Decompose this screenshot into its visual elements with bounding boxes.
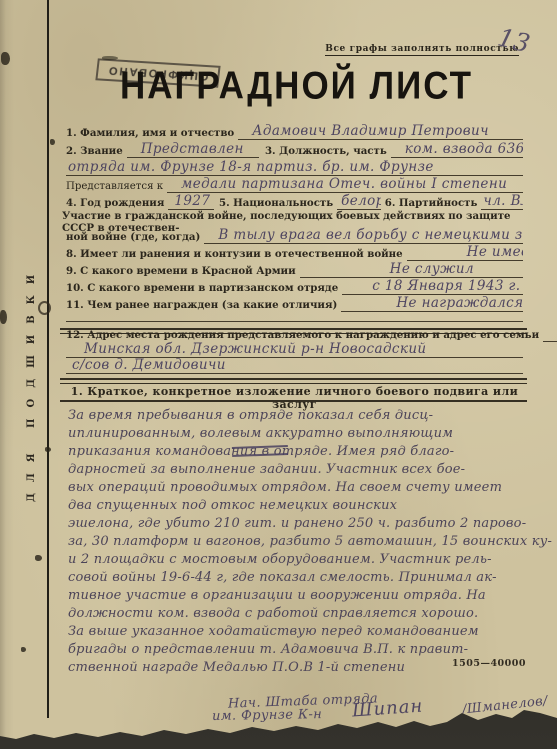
field-rank-value: Представлен [141, 141, 244, 157]
ink-strikethrough [232, 445, 288, 457]
section-double-rule [60, 378, 527, 384]
signature-title-line2: им. Фрунзе К-н [212, 707, 322, 724]
body-line: за, 30 платформ и вагонов, разбито 5 авт… [68, 534, 552, 548]
field-rank-position-row: 2. Звание Представлен 3. Должность, част… [66, 138, 523, 158]
field-prior-awards-line: Не награждался [341, 292, 523, 312]
edge-shadow-mark [0, 310, 7, 324]
body-line: иплинированным, волевым аккуратно выполн… [68, 426, 453, 440]
body-line: эшелона, где убито 210 гит. и ранено 250… [68, 516, 526, 530]
field-nationality-label: 5. Национальность [214, 197, 337, 210]
binding-rule-line [47, 0, 49, 718]
field-prior-awards-row: 11. Чем ранее награжден (за какие отличи… [66, 292, 523, 312]
document-title: НАГРАДНОЙ ЛИСТ [120, 64, 460, 109]
stamp-smudge [102, 56, 118, 60]
body-line: бригады о представлении т. Адамовича В.П… [68, 642, 468, 656]
field-position-line: ком. взвода 636 отд. [391, 138, 523, 158]
field-position-value: ком. взвода 636 отд. [405, 141, 523, 157]
signature-autograph: Шипан [351, 696, 424, 722]
field-birthyear-label: 4. Год рождения [66, 197, 168, 210]
field-address-line [543, 341, 557, 342]
margin-vertical-caption: ДЛЯ ПОДШИВКИ [26, 252, 37, 502]
scanned-award-sheet-page: ДЛЯ ПОДШИВКИ Все графы заполнять полност… [0, 0, 557, 749]
field-nationality-line: белорус [337, 190, 381, 210]
blank-rule-line [66, 321, 523, 322]
field-party-line: чл. ВЛКСМ [481, 190, 523, 210]
field-address-value-row2: с/сов д. Демидовичи [66, 358, 523, 374]
body-line: вых операций проводимых отрядом. На свое… [68, 480, 502, 494]
field-surname-line: Адамович Владимир Петрович [238, 120, 523, 140]
field-birthyear-line: 1927 [168, 190, 214, 210]
field-party-label: 6. Партийность [381, 197, 482, 210]
field-surname-row: 1. Фамилия, имя и отчество Адамович Влад… [66, 120, 523, 140]
body-line: дарностей за выполнение задании. Участни… [68, 462, 465, 476]
field-address-line2: с/сов д. Демидовичи [66, 354, 523, 374]
body-line: совой войны 19-6-44 г, где показал смело… [68, 570, 497, 584]
ink-speck [35, 555, 42, 561]
ink-speck [50, 139, 55, 145]
field-prior-awards-value: Не награждался [396, 295, 523, 311]
body-line: должности ком. взвода с работой справляе… [68, 606, 478, 620]
section-bottom-rule [60, 400, 527, 402]
ink-speck [21, 647, 26, 652]
body-line: За выше указанное ходатайствую перед ком… [68, 624, 479, 638]
field-address-value2: с/сов д. Демидовичи [72, 357, 226, 373]
body-line: два спущенных под откос немецких воински… [68, 498, 397, 512]
printers-code: 1505—40000 [452, 658, 526, 669]
body-line: За время пребывания в отряде показал себ… [68, 408, 433, 422]
field-party-value: чл. ВЛКСМ [483, 193, 523, 209]
punch-hole-mark [38, 301, 51, 315]
field-birth-nationality-party-row: 4. Год рождения 1927 5. Национальность б… [66, 190, 523, 210]
body-line: тивное участие в организации и вооружени… [68, 588, 486, 602]
body-line: ственной награде Медалью П.О.В 1-й степе… [68, 660, 405, 674]
ink-speck [1, 52, 10, 65]
field-nationality-value: белорус [341, 193, 381, 209]
field-birthyear-value: 1927 [174, 193, 210, 209]
ink-speck [45, 447, 51, 452]
body-line: и 2 площадки с мостовым оборудованием. У… [68, 552, 492, 566]
signature-name: /Шманелов/ [461, 694, 548, 718]
field-rank-line: Представлен [127, 138, 259, 158]
field-surname-value: Адамович Владимир Петрович [252, 123, 489, 139]
fill-all-fields-note: Все графы заполнять полностью [325, 44, 519, 56]
field-prior-awards-label: 11. Чем ранее награжден (за какие отличи… [66, 299, 341, 312]
